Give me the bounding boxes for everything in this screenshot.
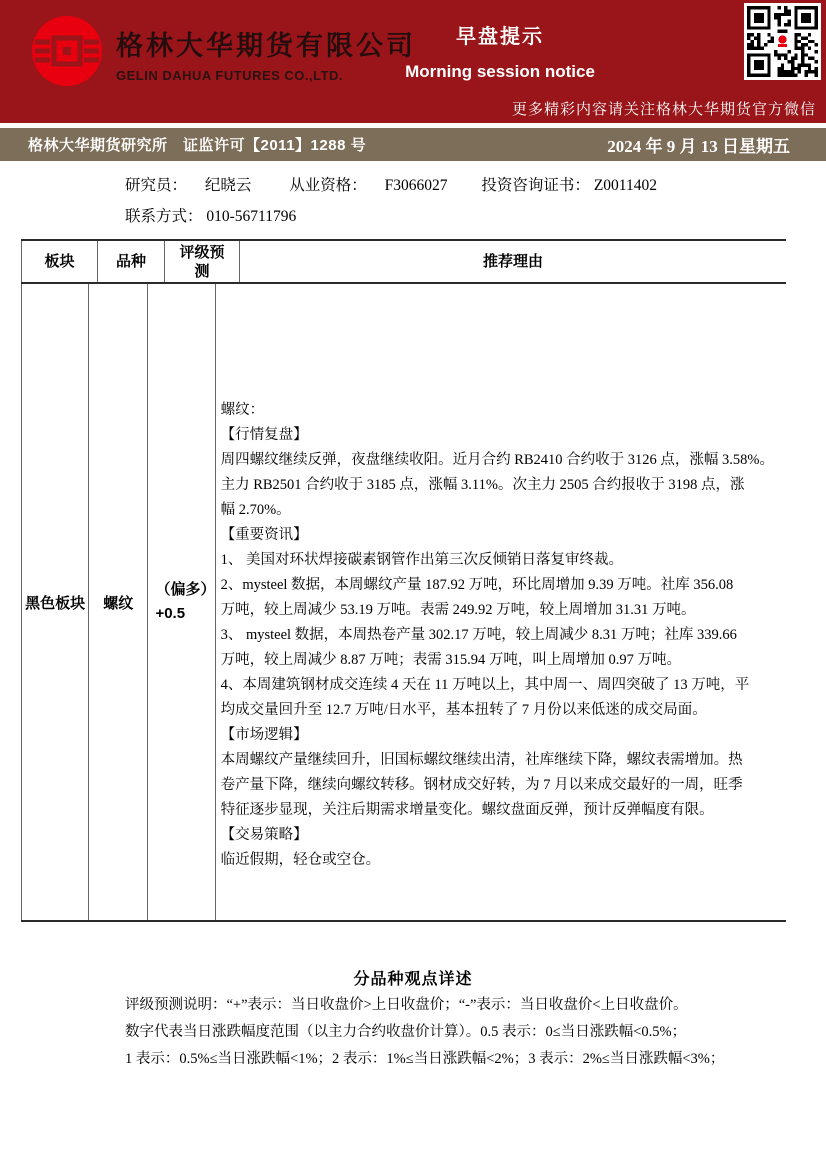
notice-title-en: Morning session notice [355, 62, 645, 82]
header-banner: 格林大华期货有限公司 GELIN DAHUA FUTURES CO.,LTD. … [0, 0, 826, 123]
researcher-line-1: 研究员： 纪晓云 从业资格： F3066027 投资咨询证书： Z0011402 [125, 170, 657, 201]
qualification-label: 从业资格： [289, 170, 367, 201]
rating-explanation-line: 1 表示：0.5%≤当日涨跌幅<1%；2 表示：1%≤当日涨跌幅<2%；3 表示… [125, 1046, 725, 1073]
rationale-line: 均成交量回升至 12.7 万吨/日水平，基本扭转了 7 月份以来低迷的成交局面。 [221, 698, 774, 723]
research-institute-license: 格林大华期货研究所 证监许可【2011】1288 号 [28, 134, 366, 155]
notice-title-cn: 早盘提示 [355, 20, 645, 49]
rationale-line: 3、 mysteel 数据，本周热卷产量 302.17 万吨，较上周减少 8.3… [221, 623, 774, 648]
header-sector: 板块 [21, 241, 98, 282]
rationale-line: 2、mysteel 数据，本周螺纹产量 187.92 万吨，环比周增加 9.39… [221, 573, 774, 598]
footer-section-title: 分品种观点详述 [0, 966, 826, 989]
qualification-number: F3066027 [385, 170, 448, 201]
cell-variety: 螺纹 [89, 284, 148, 920]
company-logo-icon [30, 14, 104, 88]
rating-direction: （偏多） [155, 578, 214, 602]
rationale-line: 【交易策略】 [221, 823, 774, 848]
cell-rationale: 螺纹：【行情复盘】周四螺纹继续反弹，夜盘继续收阳。近月合约 RB2410 合约收… [216, 284, 786, 920]
rationale-line: 卷产量下降，继续向螺纹转移。钢材成交好转，为 7 月以来成交最好的一周，旺季 [221, 773, 774, 798]
report-date: 2024 年 9 月 13 日星期五 [607, 132, 790, 157]
table-header-row: 板块 品种 评级预测 推荐理由 [21, 241, 786, 284]
rating-explanation-line: 数字代表当日涨跌幅度范围（以主力合约收盘价计算）。0.5 表示：0≤当日涨跌幅<… [125, 1019, 725, 1046]
researcher-info: 研究员： 纪晓云 从业资格： F3066027 投资咨询证书： Z0011402… [125, 170, 657, 232]
rationale-line: 临近假期，轻仓或空仓。 [221, 848, 774, 873]
wechat-qr-code [744, 3, 821, 80]
rationale-line: 螺纹： [221, 398, 774, 423]
rationale-line: 【市场逻辑】 [221, 723, 774, 748]
table-row: 黑色板块 螺纹 （偏多） +0.5 螺纹：【行情复盘】周四螺纹继续反弹，夜盘继续… [21, 284, 786, 922]
rationale-line: 万吨，较上周减少 8.87 万吨；表需 315.94 万吨，叫上周增加 0.97… [221, 648, 774, 673]
notice-title-block: 早盘提示 Morning session notice [355, 20, 645, 82]
morning-notice-page: 格林大华期货有限公司 GELIN DAHUA FUTURES CO.,LTD. … [0, 0, 826, 1169]
rationale-line: 【重要资讯】 [221, 523, 774, 548]
header-variety: 品种 [98, 241, 165, 282]
contact-phone: 010-56711796 [206, 201, 296, 232]
rating-value: +0.5 [155, 602, 185, 626]
rationale-line: 万吨，较上周减少 53.19 万吨。表需 249.92 万吨，较上周增加 31.… [221, 598, 774, 623]
rationale-line: 幅 2.70%。 [221, 498, 774, 523]
researcher-name: 纪晓云 [205, 170, 252, 201]
rationale-line: 特征逐步显现，关注后期需求增量变化。螺纹盘面反弹，预计反弹幅度有限。 [221, 798, 774, 823]
rationale-line: 【行情复盘】 [221, 423, 774, 448]
rationale-line: 主力 RB2501 合约收于 3185 点，涨幅 3.11%。次主力 2505 … [221, 473, 774, 498]
rationale-line: 周四螺纹继续反弹，夜盘继续收阳。近月合约 RB2410 合约收于 3126 点，… [221, 448, 774, 473]
certificate-label: 投资咨询证书： [481, 170, 590, 201]
cell-sector: 黑色板块 [21, 284, 89, 920]
contact-label: 联系方式： [125, 201, 203, 232]
header-reason: 推荐理由 [240, 241, 786, 282]
researcher-line-2: 联系方式： 010-56711796 [125, 201, 657, 232]
rationale-line: 1、 美国对环状焊接碳素钢管作出第三次反倾销日落复审终裁。 [221, 548, 774, 573]
rating-explanation-line: 评级预测说明：“+”表示：当日收盘价>上日收盘价；“-”表示：当日收盘价<上日收… [125, 992, 725, 1019]
license-bar: 格林大华期货研究所 证监许可【2011】1288 号 2024 年 9 月 13… [0, 128, 826, 161]
wechat-follow-note: 更多精彩内容请关注格林大华期货官方微信 [512, 98, 816, 119]
certificate-number: Z0011402 [594, 170, 657, 201]
rating-explanation: 评级预测说明：“+”表示：当日收盘价>上日收盘价；“-”表示：当日收盘价<上日收… [125, 992, 725, 1073]
recommendation-table: 板块 品种 评级预测 推荐理由 黑色板块 螺纹 （偏多） +0.5 螺纹：【行情… [21, 239, 786, 922]
rationale-line: 本周螺纹产量继续回升，旧国标螺纹继续出清，社库继续下降，螺纹表需增加。热 [221, 748, 774, 773]
cell-rating: （偏多） +0.5 [148, 284, 215, 920]
header-rating: 评级预测 [177, 243, 227, 281]
researcher-label: 研究员： [125, 170, 187, 201]
rationale-line: 4、本周建筑钢材成交连续 4 天在 11 万吨以上，其中周一、周四突破了 13 … [221, 673, 774, 698]
